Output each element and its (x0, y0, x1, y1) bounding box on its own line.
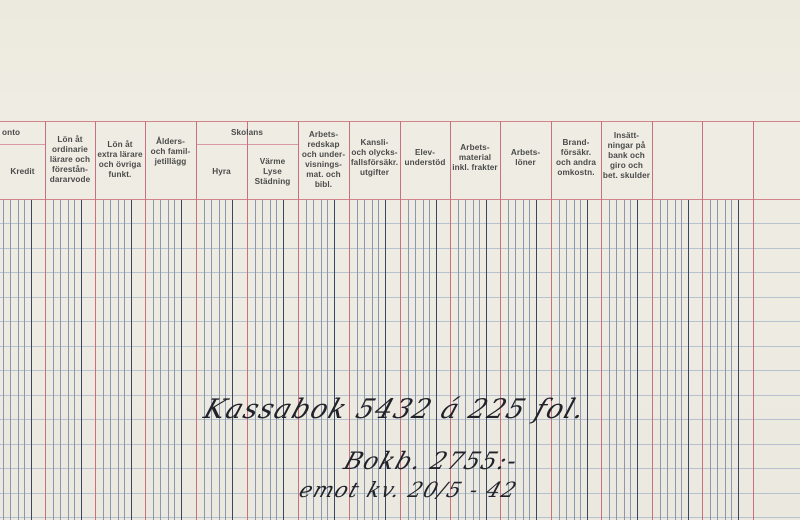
header-insattningar: Insätt- ningar på bank och giro och bet.… (601, 122, 652, 190)
amount-subcolumn-line (624, 200, 625, 520)
header-arbetsloner: Arbets- löner (500, 122, 551, 194)
amount-subcolumn-line (204, 200, 205, 520)
amount-subcolumn-line (587, 200, 588, 520)
amount-subcolumn-line (31, 200, 32, 520)
amount-subcolumn-line (219, 200, 220, 520)
amount-subcolumn-line (168, 200, 169, 520)
amount-subcolumn-line (103, 200, 104, 520)
header-varme-lyse: Värme Lyse Städning (247, 145, 298, 198)
amount-subcolumn-line (160, 200, 161, 520)
amount-subcolumn-line (529, 200, 530, 520)
amount-subcolumn-line (559, 200, 560, 520)
amount-subcolumn-line (334, 200, 335, 520)
amount-subcolumn-line (609, 200, 610, 520)
amount-subcolumn-line (60, 200, 61, 520)
amount-subcolumn-line (24, 200, 25, 520)
header-skolans-group: Skolans (196, 122, 298, 144)
amount-subcolumn-line (321, 200, 322, 520)
amount-subcolumn-line (174, 200, 175, 520)
header-arbetsmaterial: Arbets- material inkl. frakter (450, 122, 500, 194)
amount-subcolumn-line (710, 200, 711, 520)
handwritten-line-3: emot kv. 20/5 - 42 (296, 478, 521, 502)
amount-subcolumn-line (181, 200, 182, 520)
ledger-page: onto Kredit Lön åt ordinarie lärare och … (0, 0, 800, 520)
header-hyra: Hyra (196, 145, 247, 198)
amount-subcolumn-line (306, 200, 307, 520)
amount-subcolumn-line (725, 200, 726, 520)
amount-subcolumn-line (131, 200, 132, 520)
amount-subcolumn-line (276, 200, 277, 520)
amount-subcolumn-line (68, 200, 69, 520)
amount-subcolumn-line (3, 200, 4, 520)
amount-subcolumn-line (675, 200, 676, 520)
header-kansli: Kansli- och olycks- fallsförsäkr. utgift… (349, 122, 400, 194)
konto-header: onto (0, 122, 47, 144)
amount-subcolumn-line (660, 200, 661, 520)
amount-subcolumn-line (681, 200, 682, 520)
amount-subcolumn-line (110, 200, 111, 520)
amount-subcolumn-line (270, 200, 271, 520)
amount-subcolumn-line (232, 200, 233, 520)
amount-subcolumn-line (667, 200, 668, 520)
amount-subcolumn-line (225, 200, 226, 520)
header-elevunderstod: Elev- understöd (400, 122, 450, 194)
amount-subcolumn-line (523, 200, 524, 520)
header-blank-3 (753, 122, 800, 198)
header-lon-ordinarie: Lön åt ordinarie lärare och förestån- da… (45, 122, 95, 198)
amount-subcolumn-line (255, 200, 256, 520)
header-lon-extra: Lön åt extra lärare och övriga funkt. (95, 122, 145, 198)
amount-subcolumn-line (262, 200, 263, 520)
header-alders-tillagg: Ålders- och famil- jetillägg (145, 122, 196, 182)
amount-subcolumn-line (118, 200, 119, 520)
amount-subcolumn-line (81, 200, 82, 520)
amount-subcolumn-line (153, 200, 154, 520)
amount-subcolumn-line (313, 200, 314, 520)
amount-subcolumn-line (580, 200, 581, 520)
amount-subcolumn-line (515, 200, 516, 520)
amount-subcolumn-line (124, 200, 125, 520)
amount-subcolumn-line (10, 200, 11, 520)
header-brandforsakr: Brand- försäkr. och andra omkostn. (551, 122, 601, 194)
amount-subcolumn-line (616, 200, 617, 520)
amount-subcolumn-line (738, 200, 739, 520)
amount-subcolumn-line (630, 200, 631, 520)
header-blank-2 (702, 122, 753, 198)
amount-subcolumn-line (327, 200, 328, 520)
amount-subcolumn-line (53, 200, 54, 520)
amount-subcolumn-line (536, 200, 537, 520)
header-arbetsredskap: Arbets- redskap och under- visnings- mat… (298, 122, 349, 198)
amount-subcolumn-line (717, 200, 718, 520)
amount-subcolumn-line (74, 200, 75, 520)
amount-subcolumn-line (211, 200, 212, 520)
header-blank-1 (652, 122, 702, 198)
amount-subcolumn-line (283, 200, 284, 520)
kredit-header: Kredit (0, 145, 45, 198)
amount-subcolumn-line (18, 200, 19, 520)
amount-subcolumn-line (637, 200, 638, 520)
amount-subcolumn-line (688, 200, 689, 520)
amount-subcolumn-line (574, 200, 575, 520)
handwritten-line-2: Bokb. 2755:- (340, 447, 522, 475)
handwritten-line-1: Kassabok 5432 á 225 fol. (200, 394, 590, 425)
amount-subcolumn-line (731, 200, 732, 520)
amount-subcolumn-line (566, 200, 567, 520)
